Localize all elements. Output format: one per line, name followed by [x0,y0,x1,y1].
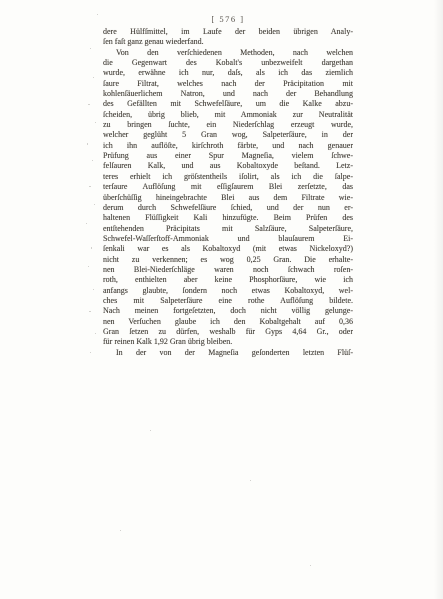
scan-speckle [95,333,96,334]
scanned-book-page: [ 576 ] dere Hülfſmittel, im Laufe der b… [0,0,443,599]
text-line: Nach meinen fortgeſetzten, doch nicht vö… [103,306,353,316]
scan-speckle [90,48,91,49]
text-line: dere Hülfſmittel, im Laufe der beiden üb… [103,27,353,37]
text-line: nicht zu verkennen; es wog 0,25 Gran. Di… [103,255,353,265]
text-line: Prüfung aus einer Spur Magneſia, vielem … [103,151,353,161]
text-line: die Gegenwart des Kobalt's unbezweifelt … [103,58,353,68]
paragraph: Von den verſchiedenen Methoden, nach wel… [103,48,353,348]
scan-speckle [87,143,88,145]
text-line: Schwefel-Waſſerſtoff-Ammoniak und blauſa… [103,234,353,244]
text-line: welcher geglüht 5 Gran wog, Salpeterſäur… [103,130,353,140]
text-line: felſauren Kalk, und aus Kobaltoxyde beſt… [103,161,353,171]
scan-speckle [93,77,94,78]
text-line: ſaure Filtrat, welches nach der Präcipit… [103,79,353,89]
text-line: Von den verſchiedenen Methoden, nach wel… [103,48,353,58]
page-number-header: [ 576 ] [103,14,353,24]
scan-speckle [90,352,91,353]
scan-speckle [88,266,89,267]
paragraph: dere Hülfſmittel, im Laufe der beiden üb… [103,27,353,48]
scan-speckle [88,104,90,105]
text-line: derum durch Schwefelſäure ſchied, und de… [103,203,353,213]
scan-speckle [250,480,251,481]
scan-speckle [310,565,311,566]
text-line: ches mit Salpeterſäure eine rothe Auflöſ… [103,296,353,306]
scan-speckle [94,204,95,205]
text-line: wurde, erwähne ich nur, daſs, als ich da… [103,68,353,78]
scan-speckle [92,160,93,161]
text-block: dere Hülfſmittel, im Laufe der beiden üb… [103,27,353,358]
text-line: haltenen Flüſſigkeit Kali hinzufügte. Be… [103,213,353,223]
text-line: ſcheiden, übrig blieb, mit Ammoniak zur … [103,110,353,120]
scan-speckle [93,289,94,290]
text-line: Gran ſetzen zu dürfen, weshalb für Gyps … [103,327,353,337]
scan-speckle [150,430,151,431]
text-line: für reinen Kalk 1,92 Gran übrig bleiben. [103,337,353,347]
text-line: anfangs glaubte, ſondern noch etwas Koba… [103,286,353,296]
text-line: zu bringen ſuchte, ein Niederſchlag erze… [103,120,353,130]
scan-speckle [89,311,91,312]
scan-speckle [95,122,96,123]
scan-speckle [97,14,98,15]
scan-speckle [89,186,91,187]
text-line: entſtehenden Präcipitats mit Salzſäure, … [103,224,353,234]
text-line: roth, enthielten aber keine Phosphorſäur… [103,275,353,285]
text-line: In der von der Magneſia geſonderten letz… [103,348,353,358]
text-line: kohlenſäuerlichem Natron, und nach der B… [103,89,353,99]
text-line: ſen faſt ganz genau wiederfand. [103,37,353,47]
text-line: teres erhielt ich gröſstentheils iſolirt… [103,172,353,182]
text-line: terſaure Auflöſung mit eſſigſaurem Blei … [103,182,353,192]
scan-speckle [120,530,121,531]
page-edge-shadow [434,0,443,599]
scan-speckle [91,247,92,249]
text-line: nen Verſuchen glaube ich den Kobaltgehal… [103,317,353,327]
text-line: nen Blei-Niederſchläge waren noch ſchwac… [103,265,353,275]
text-line: überſchüſſig hineingebrachte Blei aus de… [103,193,353,203]
text-line: des Gefällten mit Schwefelſäure, um die … [103,99,353,109]
paragraph: In der von der Magneſia geſonderten letz… [103,348,353,358]
text-line: ich ihn auflöſte, kirſchroth färbte, und… [103,141,353,151]
text-line: ſenkali war es als Kobaltoxyd (mit etwas… [103,244,353,254]
scan-speckle [86,223,87,224]
